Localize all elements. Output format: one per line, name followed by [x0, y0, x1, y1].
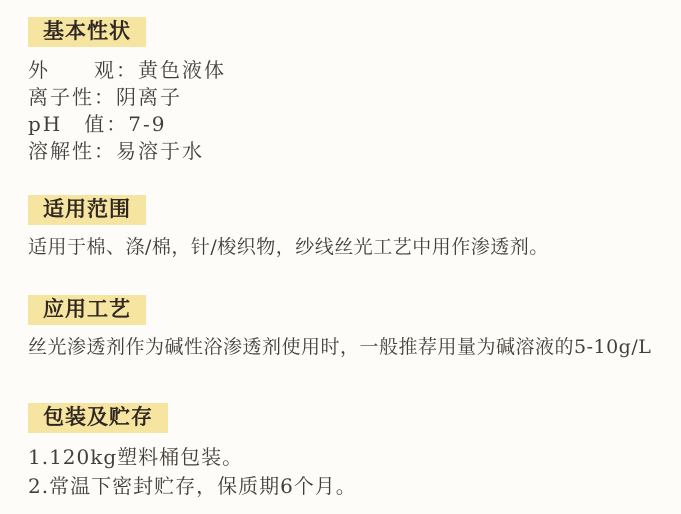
scope-text-line: 适用于棉、涤/棉，针/梭织物，纱线丝光工艺中用作渗透剂。 [28, 234, 661, 261]
section-body-applicable-scope: 适用于棉、涤/棉，针/梭织物，纱线丝光工艺中用作渗透剂。 [28, 234, 661, 261]
section-header-row: 应用工艺 [28, 295, 661, 325]
section-title-applicable-scope: 适用范围 [28, 195, 146, 225]
section-title-packaging-storage: 包装及贮存 [28, 403, 168, 433]
section-body-application-process: 丝光渗透剂作为碱性浴渗透剂使用时，一般推荐用量为碱溶液的5-10g/L [28, 334, 661, 361]
property-line-ph: pH 值：7-9 [28, 111, 661, 138]
section-applicable-scope: 适用范围 适用于棉、涤/棉，针/梭织物，纱线丝光工艺中用作渗透剂。 [28, 195, 661, 261]
section-basic-properties: 基本性状 外 观：黄色液体 离子性：阴离子 pH 值：7-9 溶解性：易溶于水 [28, 17, 661, 165]
property-line-ionicity: 离子性：阴离子 [28, 84, 661, 111]
property-line-appearance: 外 观：黄色液体 [28, 57, 661, 84]
section-header-row: 适用范围 [28, 195, 661, 225]
storage-line: 2.常温下密封贮存，保质期6个月。 [28, 472, 661, 501]
section-title-basic-properties: 基本性状 [28, 17, 146, 47]
packaging-line: 1.120kg塑料桶包装。 [28, 443, 661, 472]
section-application-process: 应用工艺 丝光渗透剂作为碱性浴渗透剂使用时，一般推荐用量为碱溶液的5-10g/L [28, 295, 661, 361]
section-header-row: 基本性状 [28, 17, 661, 47]
section-header-row: 包装及贮存 [28, 403, 661, 433]
section-body-packaging-storage: 1.120kg塑料桶包装。 2.常温下密封贮存，保质期6个月。 [28, 443, 661, 501]
datasheet-page: 基本性状 外 观：黄色液体 离子性：阴离子 pH 值：7-9 溶解性：易溶于水 … [0, 0, 681, 514]
process-text-line: 丝光渗透剂作为碱性浴渗透剂使用时，一般推荐用量为碱溶液的5-10g/L [28, 334, 661, 361]
section-body-basic-properties: 外 观：黄色液体 离子性：阴离子 pH 值：7-9 溶解性：易溶于水 [28, 57, 661, 165]
section-packaging-storage: 包装及贮存 1.120kg塑料桶包装。 2.常温下密封贮存，保质期6个月。 [28, 403, 661, 501]
section-title-application-process: 应用工艺 [28, 295, 146, 325]
property-line-solubility: 溶解性：易溶于水 [28, 138, 661, 165]
